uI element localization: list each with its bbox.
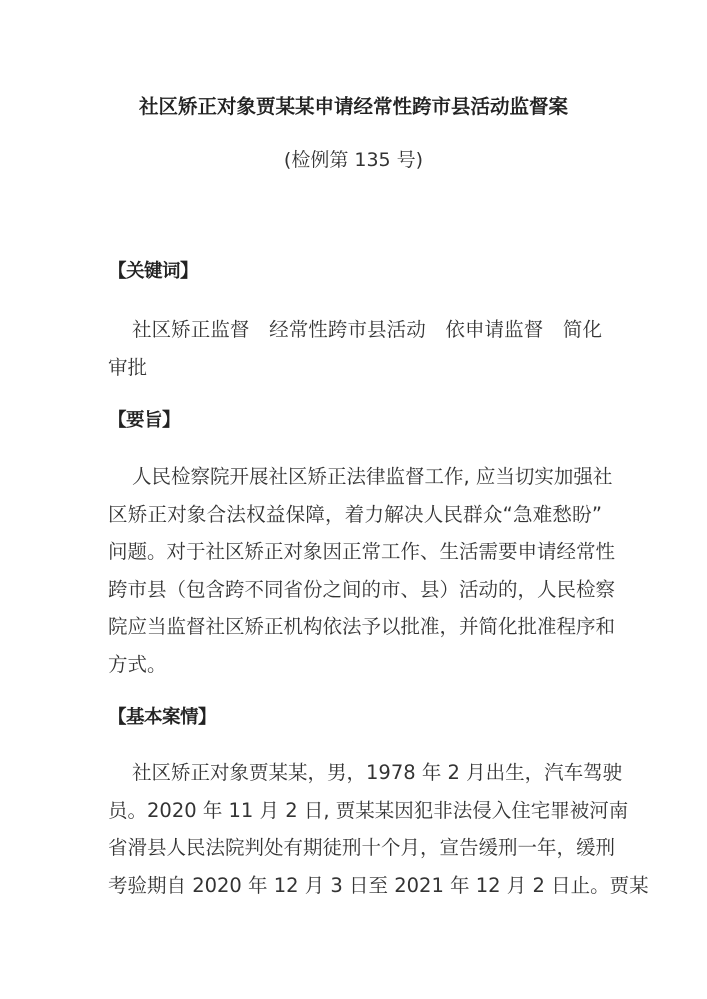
paragraph-line: 问题。对于社区矫正对象因正常工作、生活需要申请经常性 bbox=[108, 533, 602, 571]
paragraph-line: 社区矫正对象贾某某，男，1978 年 2 月出生，汽车驾驶 bbox=[108, 754, 602, 792]
section-heading-gist: 【要旨】 bbox=[108, 407, 180, 435]
paragraph-line: 员。2020 年 11 月 2 日, 贾某某因犯非法侵入住宅罪被河南 bbox=[108, 792, 602, 830]
paragraph-line: 方式。 bbox=[108, 646, 602, 684]
paragraph-line: 人民检察院开展社区矫正法律监督工作, 应当切实加强社 bbox=[108, 458, 602, 496]
paragraph-line: 考验期自 2020 年 12 月 3 日至 2021 年 12 月 2 日止。贾… bbox=[108, 867, 602, 905]
case-number: (检例第 135 号) bbox=[0, 146, 707, 174]
document-page: 社区矫正对象贾某某申请经常性跨市县活动监督案 (检例第 135 号) 【关键词】… bbox=[0, 0, 707, 999]
section-heading-keywords: 【关键词】 bbox=[108, 258, 198, 286]
paragraph-line: 省滑县人民法院判处有期徒刑十个月，宣告缓刑一年，缓刑 bbox=[108, 829, 602, 867]
paragraph-line: 院应当监督社区矫正机构依法予以批准，并简化批准程序和 bbox=[108, 608, 602, 646]
paragraph-line: 审批 bbox=[108, 349, 602, 387]
gist-paragraph: 人民检察院开展社区矫正法律监督工作, 应当切实加强社 区矫正对象合法权益保障，着… bbox=[108, 458, 602, 683]
section-heading-basic-facts: 【基本案情】 bbox=[108, 704, 216, 732]
paragraph-line: 社区矫正监督 经常性跨市县活动 依申请监督 简化 bbox=[108, 311, 602, 349]
paragraph-line: 区矫正对象合法权益保障，着力解决人民群众“急难愁盼” bbox=[108, 496, 602, 534]
keywords-paragraph: 社区矫正监督 经常性跨市县活动 依申请监督 简化 审批 bbox=[108, 311, 602, 386]
paragraph-line: 跨市县（包含跨不同省份之间的市、县）活动的，人民检察 bbox=[108, 571, 602, 609]
document-title: 社区矫正对象贾某某申请经常性跨市县活动监督案 bbox=[0, 93, 707, 121]
basic-facts-paragraph: 社区矫正对象贾某某，男，1978 年 2 月出生，汽车驾驶 员。2020 年 1… bbox=[108, 754, 602, 904]
